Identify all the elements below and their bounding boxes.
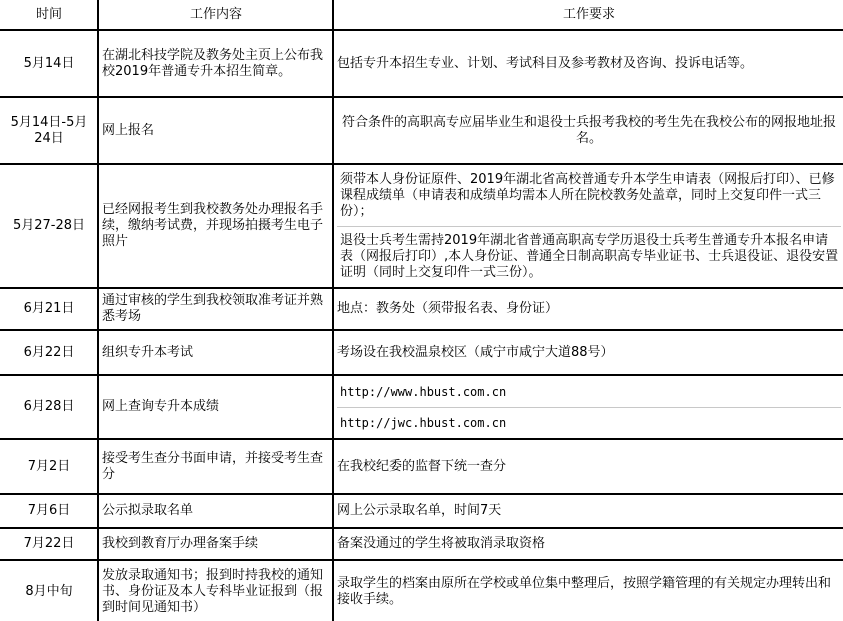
- cell-requirements: 包括专升本招生专业、计划、考试科目及参考教材及咨询、投诉电话等。: [333, 30, 843, 97]
- cell-content: 网上报名: [98, 97, 333, 164]
- cell-requirements: http://www.hbust.com.cn http://jwc.hbust…: [333, 375, 843, 439]
- cell-content: 已经网报考生到我校教务处办理报名手续，缴纳考试费，并现场拍摄考生电子照片: [98, 164, 333, 288]
- table-row: 6月21日 通过审核的学生到我校领取准考证并熟悉考场 地点：教务处（须带报名表、…: [0, 288, 843, 330]
- cell-time: 6月28日: [0, 375, 98, 439]
- cell-time: 6月21日: [0, 288, 98, 330]
- cell-time: 5月27-28日: [0, 164, 98, 288]
- requirement-veterans: 退役士兵考生需持2019年湖北省普通高职高专学历退役士兵考生普通专升本报名申请表…: [337, 226, 841, 287]
- cell-requirements: 录取学生的档案由原所在学校或单位集中整理后，按照学籍管理的有关规定办理转出和接收…: [333, 560, 843, 621]
- header-content: 工作内容: [98, 0, 333, 30]
- cell-content: 接受考生查分书面申请，并接受考生查分: [98, 439, 333, 494]
- cell-requirements: 须带本人身份证原件、2019年湖北省高校普通专升本学生申请表（网报后打印）、已修…: [333, 164, 843, 288]
- table-row: 5月14日 在湖北科技学院及教务处主页上公布我校2019年普通专升本招生简章。 …: [0, 30, 843, 97]
- cell-time: 7月6日: [0, 494, 98, 528]
- admission-schedule-table: 时间 工作内容 工作要求 5月14日 在湖北科技学院及教务处主页上公布我校201…: [0, 0, 843, 621]
- cell-content: 我校到教育厅办理备案手续: [98, 528, 333, 560]
- cell-requirements: 符合条件的高职高专应届毕业生和退役士兵报考我校的考生先在我校公布的网报地址报名。: [333, 97, 843, 164]
- table-row: 5月27-28日 已经网报考生到我校教务处办理报名手续，缴纳考试费，并现场拍摄考…: [0, 164, 843, 288]
- table-row: 7月6日 公示拟录取名单 网上公示录取名单，时间7天: [0, 494, 843, 528]
- cell-content: 组织专升本考试: [98, 330, 333, 375]
- header-requirements: 工作要求: [333, 0, 843, 30]
- cell-time: 8月中旬: [0, 560, 98, 621]
- url-jwc-link[interactable]: http://jwc.hbust.com.cn: [337, 407, 841, 438]
- table-row: 7月22日 我校到教育厅办理备案手续 备案没通过的学生将被取消录取资格: [0, 528, 843, 560]
- admission-schedule-sheet: 时间 工作内容 工作要求 5月14日 在湖北科技学院及教务处主页上公布我校201…: [0, 0, 843, 621]
- cell-requirements: 网上公示录取名单，时间7天: [333, 494, 843, 528]
- cell-content: 在湖北科技学院及教务处主页上公布我校2019年普通专升本招生简章。: [98, 30, 333, 97]
- cell-time: 7月2日: [0, 439, 98, 494]
- url-www-link[interactable]: http://www.hbust.com.cn: [337, 376, 841, 407]
- header-time: 时间: [0, 0, 98, 30]
- table-row: 6月28日 网上查询专升本成绩 http://www.hbust.com.cn …: [0, 375, 843, 439]
- cell-content: 公示拟录取名单: [98, 494, 333, 528]
- requirement-general: 须带本人身份证原件、2019年湖北省高校普通专升本学生申请表（网报后打印）、已修…: [337, 165, 841, 226]
- cell-content: 网上查询专升本成绩: [98, 375, 333, 439]
- cell-requirements: 考场设在我校温泉校区（咸宁市咸宁大道88号）: [333, 330, 843, 375]
- cell-content: 发放录取通知书；报到时持我校的通知书、身份证及本人专科毕业证报到（报到时间见通知…: [98, 560, 333, 621]
- cell-time: 7月22日: [0, 528, 98, 560]
- cell-requirements: 备案没通过的学生将被取消录取资格: [333, 528, 843, 560]
- cell-time: 5月14日-5月24日: [0, 97, 98, 164]
- cell-time: 6月22日: [0, 330, 98, 375]
- header-row: 时间 工作内容 工作要求: [0, 0, 843, 30]
- cell-requirements: 在我校纪委的监督下统一查分: [333, 439, 843, 494]
- cell-content: 通过审核的学生到我校领取准考证并熟悉考场: [98, 288, 333, 330]
- table-row: 5月14日-5月24日 网上报名 符合条件的高职高专应届毕业生和退役士兵报考我校…: [0, 97, 843, 164]
- table-row: 8月中旬 发放录取通知书；报到时持我校的通知书、身份证及本人专科毕业证报到（报到…: [0, 560, 843, 621]
- table-row: 6月22日 组织专升本考试 考场设在我校温泉校区（咸宁市咸宁大道88号）: [0, 330, 843, 375]
- cell-time: 5月14日: [0, 30, 98, 97]
- cell-requirements: 地点：教务处（须带报名表、身份证）: [333, 288, 843, 330]
- table-row: 7月2日 接受考生查分书面申请，并接受考生查分 在我校纪委的监督下统一查分: [0, 439, 843, 494]
